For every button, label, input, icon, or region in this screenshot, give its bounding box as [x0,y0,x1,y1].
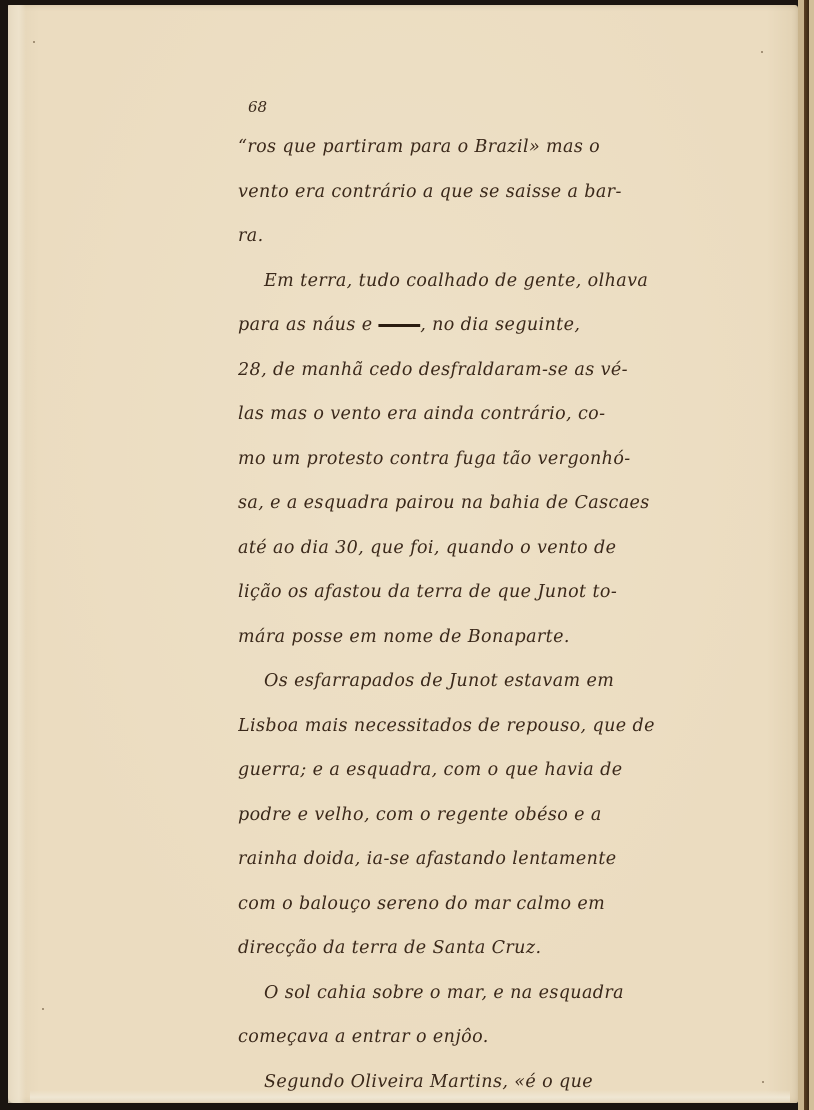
handwritten-text-body: “ros que partiram para o Brazil» mas o v… [238,125,698,1104]
text-line: las mas o vento era ainda contrário, co- [238,392,698,437]
paper-speck [33,41,35,43]
paragraph-start-line: O sol cahia sobre o mar, e na esquadra [238,971,698,1016]
text-line: 28, de manhã cedo desfraldaram-se as vé- [238,348,698,393]
text-line: mára posse em nome de Bonaparte. [238,615,698,660]
scanned-manuscript-page: 68 “ros que partiram para o Brazil» mas … [0,0,814,1110]
text-line: sa, e a esquadra pairou na bahia de Casc… [238,481,698,526]
deckle-edge-left [8,5,26,1103]
paragraph-start-line: Segundo Oliveira Martins, «é o que [238,1060,698,1105]
text-line: ra. [238,214,698,259]
page-number: 68 [248,98,267,116]
text-line-with-strikethrough: para as náus e — —, no dia seguinte, [238,303,698,348]
struck-through-word: — — [378,315,420,335]
text-line: começava a entrar o enjôo. [238,1015,698,1060]
text-line: até ao dia 30, que foi, quando o vento d… [238,526,698,571]
text-line: direcção da terra de Santa Cruz. [238,926,698,971]
paragraph-start-line: Em terra, tudo coalhado de gente, olhava [238,259,698,304]
paper-speck [762,1081,764,1083]
text-line: podre e velho, com o regente obéso e a [238,793,698,838]
text-line: com o balouço sereno do mar calmo em [238,882,698,927]
book-spine-edge [809,0,814,1110]
text-line: rainha doida, ia-se afastando lentamente [238,837,698,882]
text-line: mo um protesto contra fuga tão vergonhó- [238,437,698,482]
text-line: Lisboa mais necessitados de repouso, que… [238,704,698,749]
paragraph-start-line: Os esfarrapados de Junot estavam em [238,659,698,704]
paper-speck [761,51,763,53]
text-line: guerra; e a esquadra, com o que havia de [238,748,698,793]
text-line: “ros que partiram para o Brazil» mas o [238,125,698,170]
text-line: vento era contrário a que se saisse a ba… [238,170,698,215]
text-line: lição os afastou da terra de que Junot t… [238,570,698,615]
paper-speck [42,1008,44,1010]
